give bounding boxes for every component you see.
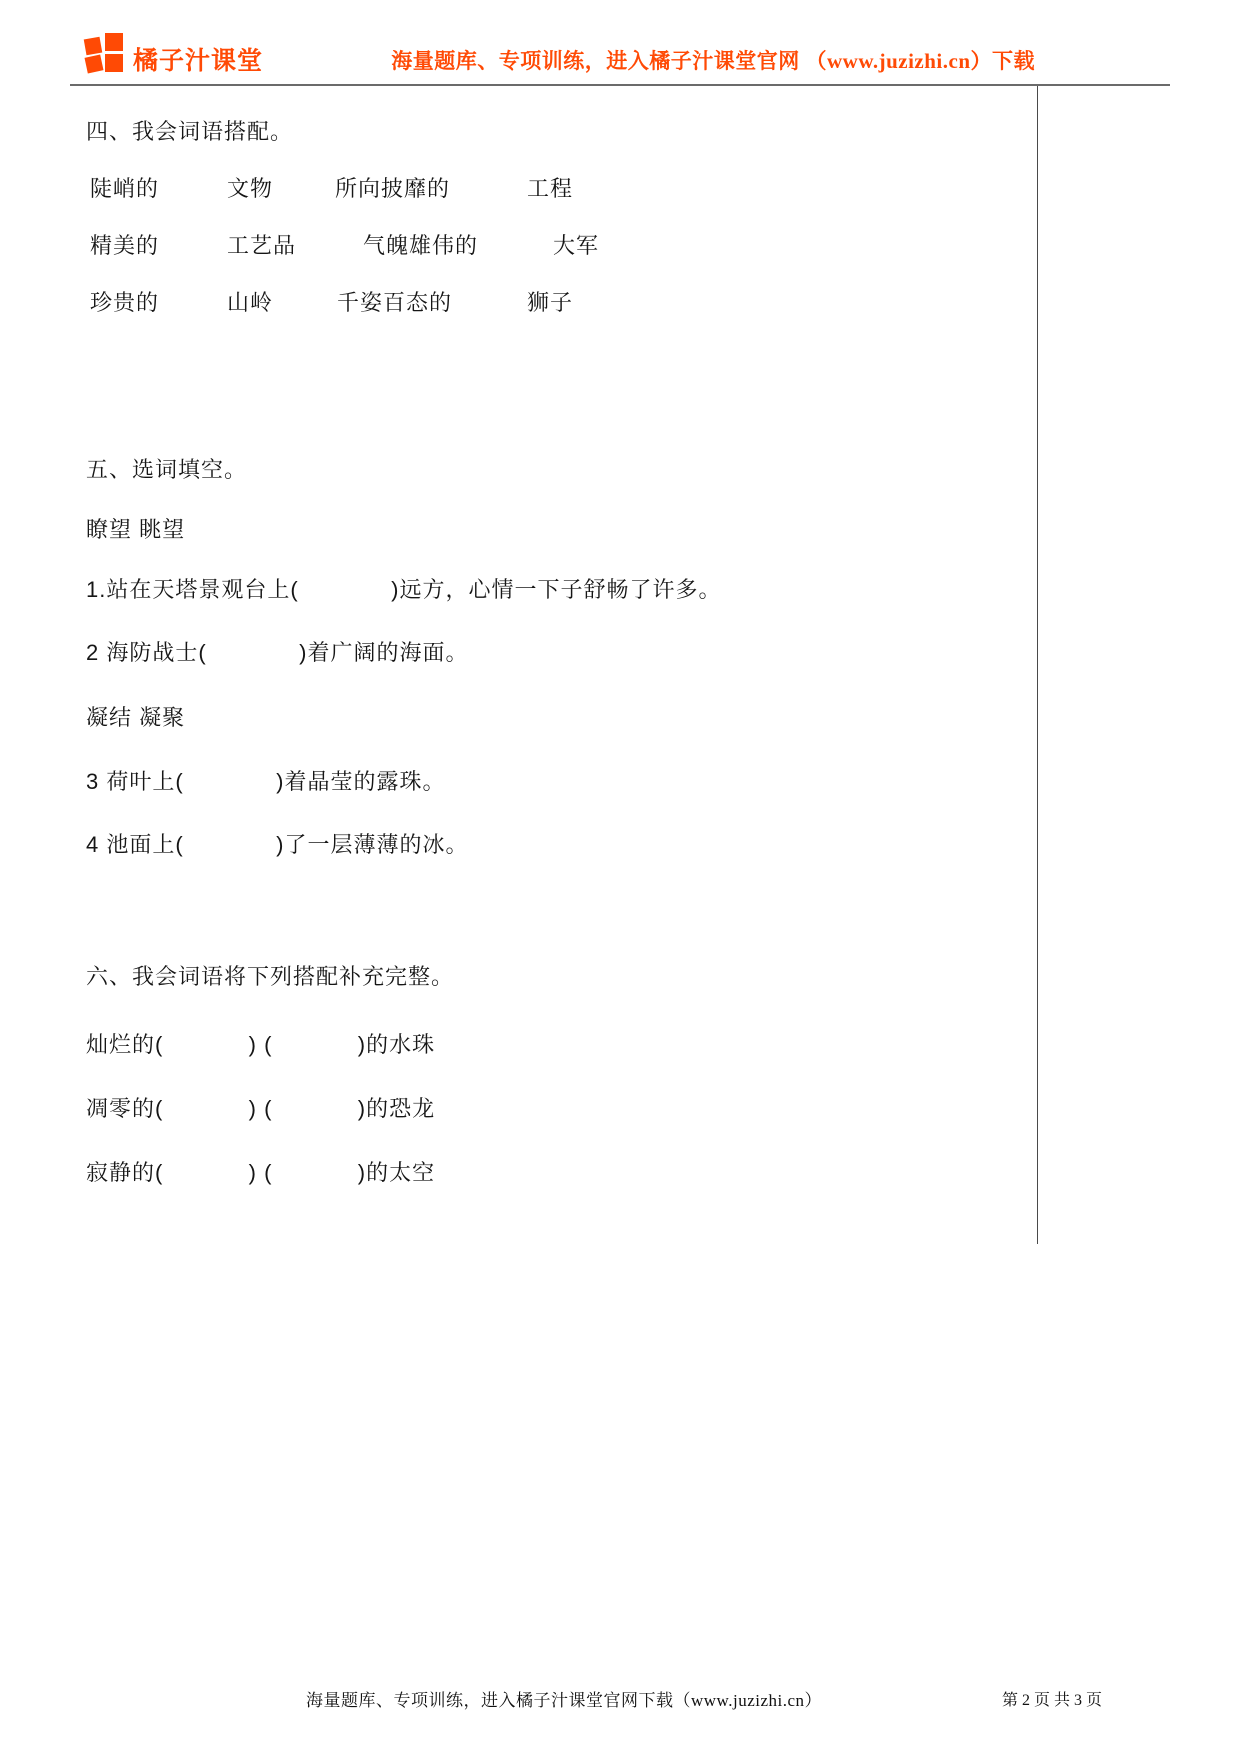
footer-promo-text: 海量题库、专项训练，进入橘子汁课堂官网下载（www.juzizhi.cn） [306, 1686, 822, 1711]
completion-row: 寂静的( ) ( )的太空 [86, 1156, 435, 1187]
logo-square-icon [105, 33, 123, 51]
page-number: 第 2 页 共 3 页 [1002, 1687, 1102, 1710]
match-word: 所向披靡的 [335, 172, 450, 203]
match-word: 山岭 [227, 286, 273, 317]
brand-logo-text: 橘子汁课堂 [133, 41, 263, 77]
match-word: 气魄雄伟的 [363, 229, 478, 260]
section6-title: 六、我会词语将下列搭配补充完整。 [86, 960, 454, 991]
fill-blank-item: 1.站在天塔景观台上( )远方，心情一下子舒畅了许多。 [86, 573, 721, 604]
match-word: 工艺品 [227, 229, 296, 260]
match-row: 珍贵的 山岭 千姿百态的 狮子 [0, 286, 1000, 316]
match-word: 珍贵的 [90, 286, 159, 317]
logo-square-icon [105, 54, 123, 72]
right-border-line [1037, 86, 1038, 1244]
word-choice-pair: 瞭望 眺望 [86, 513, 185, 544]
match-word: 文物 [227, 172, 273, 203]
match-word: 工程 [527, 172, 573, 203]
completion-row: 灿烂的( ) ( )的水珠 [86, 1028, 435, 1059]
match-word: 狮子 [527, 286, 573, 317]
header-promo-text: 海量题库、专项训练，进入橘子汁课堂官网 （www.juzizhi.cn）下载 [391, 45, 1035, 75]
section4-title: 四、我会词语搭配。 [86, 115, 293, 146]
completion-row: 凋零的( ) ( )的恐龙 [86, 1092, 435, 1123]
word-choice-pair: 凝结 凝聚 [86, 701, 185, 732]
logo-square-icon [84, 37, 103, 56]
section5-title: 五、选词填空。 [86, 453, 247, 484]
logo-square-icon [85, 55, 104, 74]
fill-blank-item: 2 海防战士( )着广阔的海面。 [86, 636, 468, 667]
match-word: 陡峭的 [90, 172, 159, 203]
match-word: 千姿百态的 [337, 286, 452, 317]
match-row: 精美的 工艺品 气魄雄伟的 大军 [0, 229, 1000, 259]
fill-blank-item: 4 池面上( )了一层薄薄的冰。 [86, 828, 468, 859]
match-row: 陡峭的 文物 所向披靡的 工程 [0, 172, 1000, 202]
match-word: 大军 [553, 229, 599, 260]
fill-blank-item: 3 荷叶上( )着晶莹的露珠。 [86, 765, 445, 796]
match-word: 精美的 [90, 229, 159, 260]
header-divider [70, 84, 1170, 86]
brand-logo-icon [85, 33, 127, 75]
worksheet-page: 橘子汁课堂 海量题库、专项训练，进入橘子汁课堂官网 （www.juzizhi.c… [0, 0, 1240, 1754]
